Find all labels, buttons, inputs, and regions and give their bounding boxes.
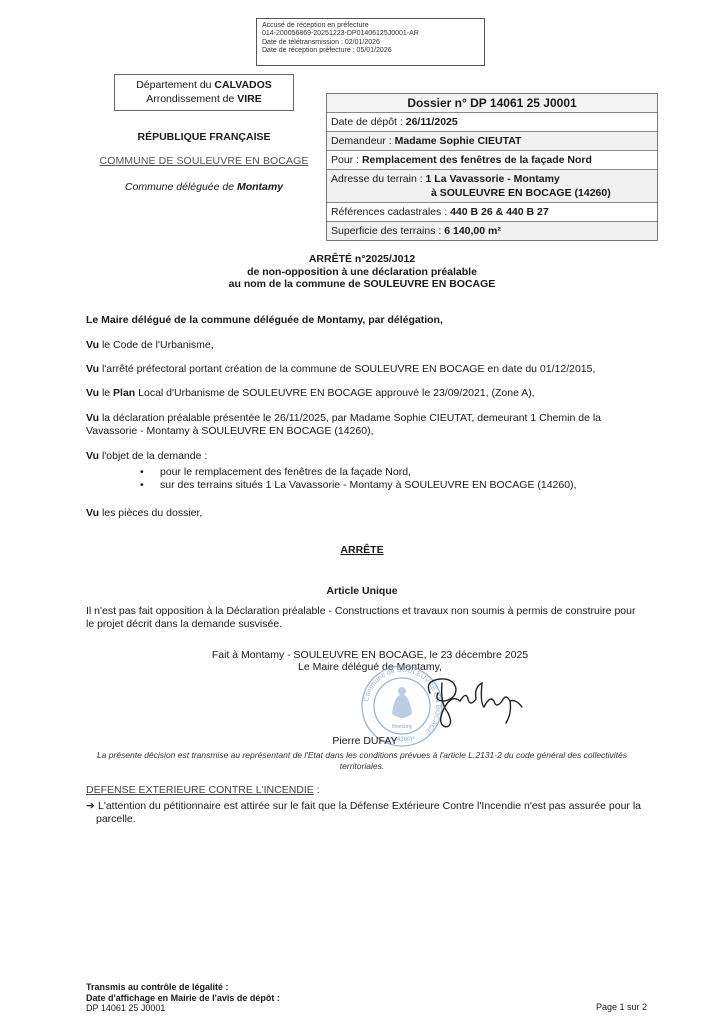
department-line: Département du CALVADOS [115, 78, 293, 92]
page-number: Page 1 sur 2 [596, 1002, 647, 1012]
label: Superficie des terrains : [331, 225, 444, 237]
label: Références cadastrales : [331, 206, 450, 218]
dossier-row-demandeur: Demandeur : Madame Sophie CIEUTAT [327, 131, 657, 150]
footer-dossier-ref: DP 14061 25 J0001 [86, 1003, 280, 1014]
vu-text-bold: Plan [113, 387, 135, 399]
dossier-row-date: Date de dépôt : 26/11/2025 [327, 112, 657, 131]
article-text: Il n'est pas fait opposition à la Déclar… [86, 605, 646, 631]
value: 1 La Vavassorie - Montamy [426, 173, 560, 185]
republique-heading: RÉPUBLIQUE FRANÇAISE [90, 131, 318, 143]
vu-text: la déclaration préalable présentée le 26… [86, 412, 601, 437]
arr-prefix: Arrondissement de [146, 93, 237, 105]
vu-label: Vu [86, 507, 99, 519]
svg-text:Montamy: Montamy [392, 724, 413, 730]
vu-label: Vu [86, 339, 99, 351]
arrete-heading: ARRÊTE [86, 544, 638, 556]
dossier-row-superficie: Superficie des terrains : 6 140,00 m² [327, 221, 657, 240]
ar-line: Date de télétransmission : 02/01/2026 [262, 39, 479, 47]
article-heading: Article Unique [86, 585, 638, 597]
dept-prefix: Département du [136, 79, 214, 91]
transmission-notice: La présente décision est transmise au re… [86, 750, 638, 772]
arr-name: VIRE [237, 93, 262, 105]
signature-icon [420, 673, 530, 729]
vu-label: Vu [86, 412, 99, 424]
arrete-number: ARRÊTÉ n°2025/J012 [150, 253, 574, 266]
fait-line: Fait à Montamy - SOULEUVRE EN BOCAGE, le… [170, 649, 570, 661]
footer: Transmis au contrôle de légalité : Date … [86, 982, 280, 1014]
maire-intro: Le Maire délégué de la commune déléguée … [86, 314, 646, 327]
vu-text: l'objet de la demande : [99, 450, 207, 462]
label: Adresse du terrain : [331, 173, 426, 185]
ar-reception-stamp: Accusé de réception en préfecture 014-20… [256, 18, 485, 66]
dept-name: CALVADOS [214, 79, 271, 91]
defense-heading-text: DEFENSE EXTERIEURE CONTRE L'INCENDIE [86, 784, 314, 796]
vu-declaration: Vu la déclaration préalable présentée le… [86, 412, 646, 438]
value-line2: à SOULEUVRE EN BOCAGE (14260) [331, 186, 653, 200]
vu-code-urbanisme: Vu le Code de l'Urbanisme, [86, 339, 646, 352]
vu-text: le [99, 387, 113, 399]
dossier-row-adresse: Adresse du terrain : 1 La Vavassorie - M… [327, 169, 657, 202]
department-box: Département du CALVADOS Arrondissement d… [114, 74, 294, 111]
vu-text: Local d'Urbanisme de SOULEUVRE EN BOCAGE… [135, 387, 534, 399]
value: 440 B 26 & 440 B 27 [450, 206, 549, 218]
arrow-right-icon: ➔ [86, 800, 98, 813]
defense-colon: : [314, 784, 320, 796]
footer-line: Transmis au contrôle de légalité : [86, 982, 280, 993]
deleguee-prefix: Commune déléguée de [125, 181, 237, 193]
label: Date de dépôt : [331, 116, 406, 128]
deleguee-name: Montamy [237, 181, 283, 193]
vu-text: les pièces du dossier, [99, 507, 202, 519]
defense-text-body: L'attention du pétitionnaire est attirée… [96, 800, 641, 825]
footer-line: Date d'affichage en Mairie de l'avis de … [86, 993, 280, 1004]
ar-line: 014-200056869-20251223-DP01406125J0001-A… [262, 30, 479, 38]
value: Remplacement des fenêtres de la façade N… [362, 154, 592, 166]
vu-label: Vu [86, 363, 99, 375]
value: 6 140,00 m² [444, 225, 501, 237]
vu-objet: Vu l'objet de la demande : [86, 450, 646, 463]
arrondissement-line: Arrondissement de VIRE [115, 92, 293, 106]
arrete-subtitle: de non-opposition à une déclaration préa… [150, 266, 574, 279]
list-item: sur des terrains situés 1 La Vavassorie … [140, 479, 640, 492]
dossier-row-pour: Pour : Remplacement des fenêtres de la f… [327, 150, 657, 169]
commune-deleguee: Commune déléguée de Montamy [90, 181, 318, 193]
commune-heading: COMMUNE DE SOULEUVRE EN BOCAGE [90, 155, 318, 167]
arrete-subtitle: au nom de la commune de SOULEUVRE EN BOC… [150, 278, 574, 291]
objet-list: pour le remplacement des fenêtres de la … [140, 466, 640, 492]
list-item: pour le remplacement des fenêtres de la … [140, 466, 640, 479]
vu-label: Vu [86, 387, 99, 399]
signer-name: Pierre DUFAY [325, 735, 405, 747]
vu-plu: Vu le Plan Local d'Urbanisme de SOULEUVR… [86, 387, 646, 400]
dossier-table: Dossier n° DP 14061 25 J0001 Date de dép… [326, 93, 658, 241]
defense-heading: DEFENSE EXTERIEURE CONTRE L'INCENDIE : [86, 784, 320, 796]
ar-line: Date de réception préfecture : 05/01/202… [262, 47, 479, 55]
value: Madame Sophie CIEUTAT [395, 135, 522, 147]
vu-arrete-prefectoral: Vu l'arrêté préfectoral portant création… [86, 363, 646, 376]
defense-text: ➔L'attention du pétitionnaire est attiré… [86, 800, 646, 826]
value: 26/11/2025 [406, 116, 458, 128]
vu-pieces: Vu les pièces du dossier, [86, 507, 646, 520]
vu-text: le Code de l'Urbanisme, [99, 339, 214, 351]
label: Demandeur : [331, 135, 395, 147]
dossier-title: Dossier n° DP 14061 25 J0001 [327, 94, 657, 112]
vu-text: l'arrêté préfectoral portant création de… [99, 363, 595, 375]
arrete-title: ARRÊTÉ n°2025/J012 de non-opposition à u… [150, 253, 574, 291]
label: Pour : [331, 154, 362, 166]
ar-line: Accusé de réception en préfecture [262, 22, 479, 30]
vu-label: Vu [86, 450, 99, 462]
dossier-row-references: Références cadastrales : 440 B 26 & 440 … [327, 202, 657, 221]
